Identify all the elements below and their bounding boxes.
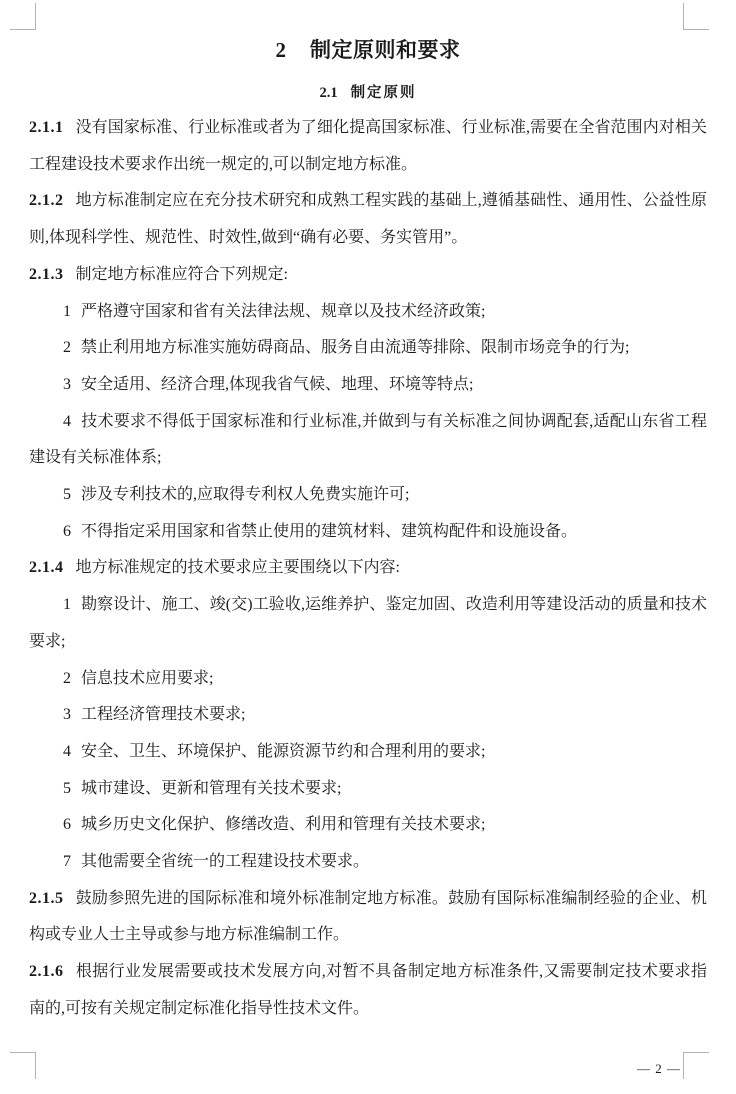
- list-item-paragraph: 2信息技术应用要求;: [29, 661, 707, 698]
- page-footer: — 2 —: [0, 1061, 681, 1076]
- list-item-paragraph: 4安全、卫生、环境保护、能源资源节约和合理利用的要求;: [29, 734, 707, 771]
- clause-number: 2.1.2: [29, 192, 64, 209]
- item-number: 6: [63, 816, 71, 833]
- section-heading: 2制定原则和要求: [29, 37, 707, 63]
- paragraph-text: 地方标准制定应在充分技术研究和成熟工程实践的基础上,遵循基础性、通用性、公益性原…: [29, 192, 707, 246]
- list-item-paragraph: 4技术要求不得低于国家标准和行业标准,并做到与有关标准之间协调配套,适配山东省工…: [29, 404, 707, 477]
- item-number: 2: [63, 670, 71, 687]
- item-number: 1: [63, 303, 71, 320]
- item-number: 7: [63, 853, 71, 870]
- paragraph-text: 工程经济管理技术要求;: [81, 706, 245, 723]
- crop-mark-bottom-left-horizontal: [10, 1052, 36, 1053]
- document-body: 2.1.1没有国家标准、行业标准或者为了细化提高国家标准、行业标准,需要在全省范…: [29, 110, 707, 1028]
- paragraph-text: 制定地方标准应符合下列规定:: [76, 266, 288, 283]
- section-heading-number: 2: [276, 38, 287, 62]
- paragraph-text: 勘察设计、施工、竣(交)工验收,运维养护、鉴定加固、改造利用等建设活动的质量和技…: [29, 596, 707, 650]
- crop-mark-bottom-right-horizontal: [683, 1052, 709, 1053]
- paragraph-text: 地方标准规定的技术要求应主要围绕以下内容:: [76, 559, 400, 576]
- clause-number: 2.1.5: [29, 890, 64, 907]
- paragraph-text: 安全适用、经济合理,体现我省气候、地理、环境等特点;: [81, 376, 473, 393]
- paragraph-text: 不得指定采用国家和省禁止使用的建筑材料、建筑构配件和设施设备。: [81, 523, 577, 540]
- clause-number: 2.1.4: [29, 559, 64, 576]
- page-number: — 2 —: [637, 1061, 681, 1076]
- list-item-paragraph: 3安全适用、经济合理,体现我省气候、地理、环境等特点;: [29, 367, 707, 404]
- item-number: 4: [63, 413, 71, 430]
- paragraph-text: 鼓励参照先进的国际标准和境外标准制定地方标准。鼓励有国际标准编制经验的企业、机构…: [29, 890, 707, 944]
- item-number: 2: [63, 339, 71, 356]
- item-number: 1: [63, 596, 71, 613]
- item-number: 6: [63, 523, 71, 540]
- list-item-paragraph: 1勘察设计、施工、竣(交)工验收,运维养护、鉴定加固、改造利用等建设活动的质量和…: [29, 587, 707, 660]
- list-item-paragraph: 7其他需要全省统一的工程建设技术要求。: [29, 844, 707, 881]
- paragraph-text: 信息技术应用要求;: [81, 670, 213, 687]
- clause-number: 2.1.1: [29, 119, 64, 136]
- subsection-heading-title: 制定原则: [351, 85, 417, 101]
- list-item-paragraph: 3工程经济管理技术要求;: [29, 697, 707, 734]
- list-item-paragraph: 5涉及专利技术的,应取得专利权人免费实施许可;: [29, 477, 707, 514]
- document-content: 2制定原则和要求 2.1制定原则 2.1.1没有国家标准、行业标准或者为了细化提…: [29, 30, 707, 1028]
- paragraph-text: 其他需要全省统一的工程建设技术要求。: [81, 853, 369, 870]
- paragraph-text: 根据行业发展需要或技术发展方向,对暂不具备制定地方标准条件,又需要制定技术要求指…: [29, 963, 707, 1017]
- paragraph-text: 没有国家标准、行业标准或者为了细化提高国家标准、行业标准,需要在全省范围内对相关…: [29, 119, 707, 173]
- item-number: 3: [63, 376, 71, 393]
- list-item-paragraph: 6城乡历史文化保护、修缮改造、利用和管理有关技术要求;: [29, 807, 707, 844]
- list-item-paragraph: 2禁止利用地方标准实施妨碍商品、服务自由流通等排除、限制市场竞争的行为;: [29, 330, 707, 367]
- list-item-paragraph: 1严格遵守国家和省有关法律法规、规章以及技术经济政策;: [29, 294, 707, 331]
- clause-paragraph: 2.1.5鼓励参照先进的国际标准和境外标准制定地方标准。鼓励有国际标准编制经验的…: [29, 881, 707, 954]
- clause-paragraph: 2.1.6根据行业发展需要或技术发展方向,对暂不具备制定地方标准条件,又需要制定…: [29, 954, 707, 1027]
- clause-paragraph: 2.1.3制定地方标准应符合下列规定:: [29, 257, 707, 294]
- paragraph-text: 严格遵守国家和省有关法律法规、规章以及技术经济政策;: [81, 303, 485, 320]
- item-number: 4: [63, 743, 71, 760]
- subsection-heading-number: 2.1: [319, 85, 337, 101]
- list-item-paragraph: 6不得指定采用国家和省禁止使用的建筑材料、建筑构配件和设施设备。: [29, 514, 707, 551]
- crop-mark-bottom-right-vertical: [683, 1052, 684, 1079]
- crop-mark-top-left-vertical: [35, 3, 36, 30]
- paragraph-text: 城乡历史文化保护、修缮改造、利用和管理有关技术要求;: [81, 816, 485, 833]
- item-number: 5: [63, 780, 71, 797]
- paragraph-text: 涉及专利技术的,应取得专利权人免费实施许可;: [81, 486, 409, 503]
- item-number: 5: [63, 486, 71, 503]
- clause-number: 2.1.6: [29, 963, 64, 980]
- section-heading-title: 制定原则和要求: [310, 38, 461, 62]
- list-item-paragraph: 5城市建设、更新和管理有关技术要求;: [29, 771, 707, 808]
- paragraph-text: 禁止利用地方标准实施妨碍商品、服务自由流通等排除、限制市场竞争的行为;: [81, 339, 629, 356]
- item-number: 3: [63, 706, 71, 723]
- clause-number: 2.1.3: [29, 266, 64, 283]
- clause-paragraph: 2.1.2地方标准制定应在充分技术研究和成熟工程实践的基础上,遵循基础性、通用性…: [29, 183, 707, 256]
- clause-paragraph: 2.1.1没有国家标准、行业标准或者为了细化提高国家标准、行业标准,需要在全省范…: [29, 110, 707, 183]
- crop-mark-top-right-vertical: [683, 3, 684, 30]
- clause-paragraph: 2.1.4地方标准规定的技术要求应主要围绕以下内容:: [29, 550, 707, 587]
- paragraph-text: 技术要求不得低于国家标准和行业标准,并做到与有关标准之间协调配套,适配山东省工程…: [29, 413, 707, 467]
- subsection-heading: 2.1制定原则: [29, 84, 707, 103]
- paragraph-text: 安全、卫生、环境保护、能源资源节约和合理利用的要求;: [81, 743, 485, 760]
- document-page: 2制定原则和要求 2.1制定原则 2.1.1没有国家标准、行业标准或者为了细化提…: [0, 0, 736, 1094]
- paragraph-text: 城市建设、更新和管理有关技术要求;: [81, 780, 341, 797]
